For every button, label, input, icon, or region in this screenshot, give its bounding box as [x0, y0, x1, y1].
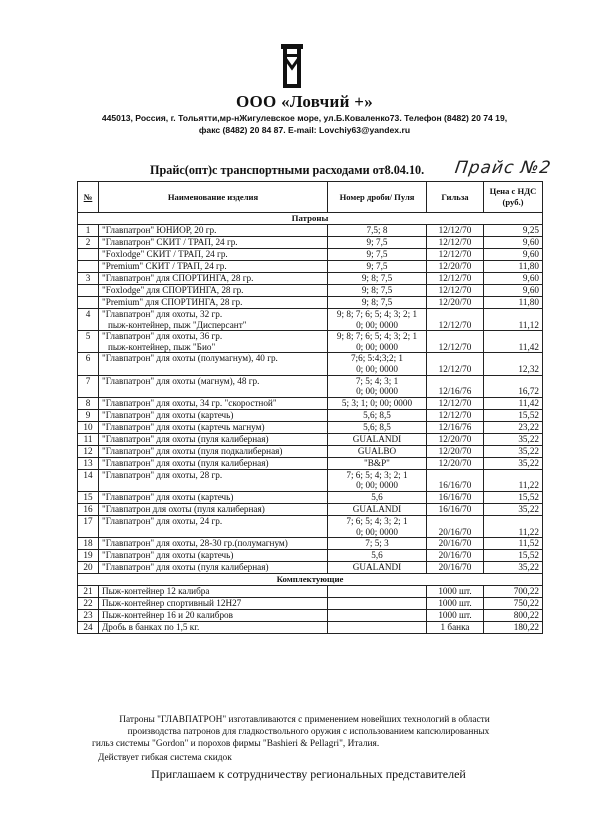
- price-value: 11,42: [484, 331, 543, 353]
- product-name: Дробь в банках по 1,5 кг.: [99, 622, 328, 634]
- product-name-line: "Главпатрон" СКИТ / ТРАП, 24 гр.: [102, 237, 238, 247]
- gilza-value: 12/12/70: [427, 397, 484, 409]
- product-name-line: "Главпатрон" для СПОРТИНГА, 28 гр.: [102, 273, 253, 283]
- product-name-line: "Главпатрон" ЮНИОР, 20 гр.: [102, 225, 216, 235]
- product-name: "Foxlodge" для СПОРТИНГА, 28 гр.: [99, 285, 328, 297]
- shot-number: 9; 7,5: [328, 237, 427, 249]
- table-row: 2"Главпатрон" СКИТ / ТРАП, 24 гр.9; 7,51…: [78, 237, 543, 249]
- product-name-line: "Главпатрон" для охоты (картечь): [102, 550, 233, 560]
- shot-number: 9; 8; 7,5: [328, 297, 427, 309]
- price-value: 15,52: [484, 409, 543, 421]
- shot-number-line: 9; 7,5: [331, 237, 423, 248]
- gilza-value: 12/20/70: [427, 261, 484, 273]
- product-name: "Главпатрон" для охоты (магнум), 48 гр.: [99, 375, 328, 397]
- row-number: 9: [78, 409, 99, 421]
- discount-note: Действует гибкая система скидок: [98, 753, 232, 763]
- table-row: 11"Главпатрон" для охоты (пуля калиберна…: [78, 433, 543, 445]
- product-name-line: пыж-контейнер, пыж "Дисперсант": [102, 320, 324, 331]
- shot-number: 5,6; 8,5: [328, 421, 427, 433]
- product-name-line: "Главпатрон" для охоты (пуля калиберная): [102, 562, 269, 572]
- price-value: 35,22: [484, 562, 543, 574]
- gilza-value: 20/16/70: [427, 538, 484, 550]
- price-value: 16,72: [484, 375, 543, 397]
- price-value: 35,22: [484, 445, 543, 457]
- product-name-line: "Главпатрон" для охоты (полумагнум), 40 …: [102, 353, 278, 363]
- gilza-value: 1000 шт.: [427, 586, 484, 598]
- shot-number-line: 9; 8; 7; 6; 5; 4; 3; 2; 1: [331, 309, 423, 320]
- shot-number: 7; 5; 3: [328, 538, 427, 550]
- product-name: "Главпатрон" для охоты (полумагнум), 40 …: [99, 353, 328, 375]
- shot-number: "B&P": [328, 457, 427, 469]
- row-number: 16: [78, 503, 99, 515]
- price-value: 700,22: [484, 586, 543, 598]
- price-value: 11,42: [484, 397, 543, 409]
- product-name: "Главпатрон" для охоты (пуля калиберная): [99, 562, 328, 574]
- product-name: "Главпатрон" ЮНИОР, 20 гр.: [99, 225, 328, 237]
- product-name: "Premium" СКИТ / ТРАП, 24 гр.: [99, 261, 328, 273]
- table-row: 1"Главпатрон" ЮНИОР, 20 гр.7,5; 812/12/7…: [78, 225, 543, 237]
- shot-number: 9; 7,5: [328, 249, 427, 261]
- price-value: 15,52: [484, 491, 543, 503]
- row-number: 2: [78, 237, 99, 249]
- table-row: 22Пыж-контейнер спортивный 12Н271000 шт.…: [78, 598, 543, 610]
- row-number: 22: [78, 598, 99, 610]
- shot-number-line: 7; 5; 4; 3; 1: [331, 376, 423, 387]
- row-number: 19: [78, 550, 99, 562]
- product-name-line: "Главпатрон" для охоты (пуля подкалиберн…: [102, 446, 282, 456]
- product-name-line: Пыж-контейнер 16 и 20 калибров: [102, 610, 233, 620]
- shot-number: GUALANDI: [328, 562, 427, 574]
- gilza-value: 12/12/70: [427, 237, 484, 249]
- table-row: 21Пыж-контейнер 12 калибра1000 шт.700,22: [78, 586, 543, 598]
- price-value: 35,22: [484, 457, 543, 469]
- shot-number-line: 9; 8; 7; 6; 5; 4; 3; 2; 1: [331, 331, 423, 342]
- price-value: 9,60: [484, 285, 543, 297]
- shot-number-line: 5,6: [331, 550, 423, 561]
- column-header-number: №: [78, 182, 99, 213]
- row-number: [78, 261, 99, 273]
- company-logo-icon: [279, 44, 305, 88]
- table-row: 12"Главпатрон" для охоты (пуля подкалибе…: [78, 445, 543, 457]
- product-name: "Главпатрон" для охоты (картечь магнум): [99, 421, 328, 433]
- gilza-value: 12/12/70: [427, 273, 484, 285]
- product-name-line: "Foxlodge" для СПОРТИНГА, 28 гр.: [102, 285, 243, 295]
- shot-number-line: 0; 00; 0000: [331, 480, 423, 491]
- shot-number-line: 7; 5; 3: [331, 538, 423, 549]
- price-value: 180,22: [484, 622, 543, 634]
- row-number: 20: [78, 562, 99, 574]
- product-name-line: пыж-контейнер, пыж "Био": [102, 342, 324, 353]
- shot-number: 9; 7,5: [328, 261, 427, 273]
- row-number: 23: [78, 610, 99, 622]
- product-name: "Главпатрон" для охоты (пуля подкалиберн…: [99, 445, 328, 457]
- product-name-line: "Foxlodge" СКИТ / ТРАП, 24 гр.: [102, 249, 228, 259]
- product-name-line: "Главпатрон" для охоты, 24 гр.: [102, 516, 222, 526]
- product-name-line: "Главпатрон для охоты (пуля калиберная): [102, 504, 265, 514]
- price-value: 23,22: [484, 421, 543, 433]
- shot-number: GUALBO: [328, 445, 427, 457]
- table-row: 5"Главпатрон" для охоты, 36 гр.пыж-конте…: [78, 331, 543, 353]
- shot-number: 5,6: [328, 550, 427, 562]
- product-name-line: "Главпатрон" для охоты, 28-30 гр.(полума…: [102, 538, 288, 548]
- price-value: 11,22: [484, 515, 543, 537]
- row-number: 21: [78, 586, 99, 598]
- shot-number: 5,6: [328, 491, 427, 503]
- price-value: 15,52: [484, 550, 543, 562]
- product-name-line: "Главпатрон" для охоты (пуля калиберная): [102, 434, 269, 444]
- row-number: 13: [78, 457, 99, 469]
- table-row: 23Пыж-контейнер 16 и 20 калибров1000 шт.…: [78, 610, 543, 622]
- row-number: 3: [78, 273, 99, 285]
- product-name: "Главпатрон для охоты (пуля калиберная): [99, 503, 328, 515]
- gilza-value: 12/12/70: [427, 285, 484, 297]
- product-name: Пыж-контейнер 16 и 20 калибров: [99, 610, 328, 622]
- product-name: "Главпатрон" для охоты (картечь): [99, 409, 328, 421]
- table-row: 4"Главпатрон" для охоты, 32 гр.пыж-конте…: [78, 309, 543, 331]
- note-line: производства патронов для гладкоствольно…: [4, 727, 609, 737]
- row-number: 7: [78, 375, 99, 397]
- product-name: Пыж-контейнер спортивный 12Н27: [99, 598, 328, 610]
- section-title: Комплектующие: [78, 574, 543, 586]
- shot-number-line: GUALANDI: [331, 562, 423, 573]
- gilza-value: 20/16/70: [427, 550, 484, 562]
- gilza-value: 16/16/70: [427, 491, 484, 503]
- shot-number-line: 0; 00; 0000: [331, 342, 423, 353]
- product-name-line: "Главпатрон" для охоты, 32 гр.: [102, 309, 324, 320]
- table-row: 7"Главпатрон" для охоты (магнум), 48 гр.…: [78, 375, 543, 397]
- product-name-line: "Premium" СКИТ / ТРАП, 24 гр.: [102, 261, 227, 271]
- row-number: 17: [78, 515, 99, 537]
- product-name-line: "Главпатрон" для охоты, 36 гр.: [102, 331, 324, 342]
- shot-number: 7,5; 8: [328, 225, 427, 237]
- shot-number: 9; 8; 7,5: [328, 285, 427, 297]
- shot-number-line: "B&P": [331, 458, 423, 469]
- row-number: [78, 297, 99, 309]
- shot-number: [328, 610, 427, 622]
- table-row: 16"Главпатрон для охоты (пуля калиберная…: [78, 503, 543, 515]
- product-name-line: "Premium" для СПОРТИНГА, 28 гр.: [102, 297, 242, 307]
- shot-number-line: GUALANDI: [331, 434, 423, 445]
- table-row: "Premium" СКИТ / ТРАП, 24 гр.9; 7,512/20…: [78, 261, 543, 273]
- row-number: 14: [78, 469, 99, 491]
- gilza-value: 12/12/70: [427, 353, 484, 375]
- row-number: 6: [78, 353, 99, 375]
- column-header-price: Цена с НДС (руб.): [484, 182, 543, 213]
- product-name: "Главпатрон" для охоты, 24 гр.: [99, 515, 328, 537]
- gilza-value: 16/16/70: [427, 469, 484, 491]
- price-value: 11,52: [484, 538, 543, 550]
- gilza-value: 12/12/70: [427, 409, 484, 421]
- shot-number: GUALANDI: [328, 503, 427, 515]
- shot-number-line: 7,5; 8: [331, 225, 423, 236]
- row-number: 8: [78, 397, 99, 409]
- table-row: 15"Главпатрон" для охоты (картечь)5,616/…: [78, 491, 543, 503]
- price-value: 35,22: [484, 433, 543, 445]
- product-name-line: Дробь в банках по 1,5 кг.: [102, 622, 199, 632]
- section-header-row: Комплектующие: [78, 574, 543, 586]
- price-value: 11,80: [484, 297, 543, 309]
- product-name: "Главпатрон" для охоты (пуля калиберная): [99, 457, 328, 469]
- row-number: [78, 285, 99, 297]
- shot-number: 9; 8; 7,5: [328, 273, 427, 285]
- price-value: 9,60: [484, 237, 543, 249]
- shot-number-line: 7;6; 5:4;3;2; 1: [331, 353, 423, 364]
- row-number: 5: [78, 331, 99, 353]
- price-value: 800,22: [484, 610, 543, 622]
- product-name: "Главпатрон" для охоты, 28-30 гр.(полума…: [99, 538, 328, 550]
- price-list-title: Прайс(опт)с транспортными расходами от8.…: [150, 163, 424, 178]
- shot-number-line: 0; 00; 0000: [331, 386, 423, 397]
- product-name-line: "Главпатрон" для охоты (картечь): [102, 492, 233, 502]
- shot-number: 9; 8; 7; 6; 5; 4; 3; 2; 10; 00; 0000: [328, 309, 427, 331]
- shot-number: 9; 8; 7; 6; 5; 4; 3; 2; 10; 00; 0000: [328, 331, 427, 353]
- column-header-shot: Номер дроби/ Пуля: [328, 182, 427, 213]
- shot-number: 7; 5; 4; 3; 10; 00; 0000: [328, 375, 427, 397]
- product-name-line: "Главпатрон" для охоты (картечь магнум): [102, 422, 265, 432]
- shot-number-line: GUALBO: [331, 446, 423, 457]
- shot-number-line: 0; 00; 0000: [331, 527, 423, 538]
- table-row: 24Дробь в банках по 1,5 кг.1 банка180,22: [78, 622, 543, 634]
- table-row: 10"Главпатрон" для охоты (картечь магнум…: [78, 421, 543, 433]
- shot-number-line: 5,6; 8,5: [331, 422, 423, 433]
- table-row: "Foxlodge" для СПОРТИНГА, 28 гр.9; 8; 7,…: [78, 285, 543, 297]
- shot-number: 5,6; 8,5: [328, 409, 427, 421]
- table-row: 17"Главпатрон" для охоты, 24 гр.7; 6; 5;…: [78, 515, 543, 537]
- table-row: 3"Главпатрон" для СПОРТИНГА, 28 гр.9; 8;…: [78, 273, 543, 285]
- company-name: ООО «Ловчий +»: [0, 92, 609, 112]
- shot-number-line: 9; 7,5: [331, 261, 423, 272]
- row-number: 10: [78, 421, 99, 433]
- product-name: "Premium" для СПОРТИНГА, 28 гр.: [99, 297, 328, 309]
- column-header-gilza: Гильза: [427, 182, 484, 213]
- shot-number: 7; 6; 5; 4; 3; 2; 10; 00; 0000: [328, 515, 427, 537]
- product-name-line: "Главпатрон" для охоты (картечь): [102, 410, 233, 420]
- shot-number-line: 5,6: [331, 492, 423, 503]
- gilza-value: 1 банка: [427, 622, 484, 634]
- shot-number-line: 0; 00; 0000: [331, 320, 423, 331]
- gilza-value: 12/12/70: [427, 225, 484, 237]
- row-number: [78, 249, 99, 261]
- table-row: 9"Главпатрон" для охоты (картечь)5,6; 8,…: [78, 409, 543, 421]
- table-row: 18"Главпатрон" для охоты, 28-30 гр.(полу…: [78, 538, 543, 550]
- note-line: гильз системы "Gordon" и порохов фирмы "…: [92, 739, 379, 749]
- product-name: "Главпатрон" для охоты (пуля калиберная): [99, 433, 328, 445]
- shot-number-line: 5,6; 8,5: [331, 410, 423, 421]
- table-row: "Foxlodge" СКИТ / ТРАП, 24 гр.9; 7,512/1…: [78, 249, 543, 261]
- company-contacts: факс (8482) 20 84 87. E-mail: Lovchiy63@…: [0, 125, 609, 135]
- table-row: 14"Главпатрон" для охоты, 28 гр.7; 6; 5;…: [78, 469, 543, 491]
- product-name: "Главпатрон" для охоты (картечь): [99, 491, 328, 503]
- table-row: 20"Главпатрон" для охоты (пуля калиберна…: [78, 562, 543, 574]
- gilza-value: 12/20/70: [427, 457, 484, 469]
- price-value: 11,12: [484, 309, 543, 331]
- row-number: 18: [78, 538, 99, 550]
- row-number: 4: [78, 309, 99, 331]
- company-address: 445013, Россия, г. Тольятти,мр-нЖигулевс…: [0, 113, 609, 123]
- price-value: 9,25: [484, 225, 543, 237]
- product-name-line: "Главпатрон" для охоты, 34 гр. "скоростн…: [102, 398, 277, 408]
- gilza-value: 12/20/70: [427, 433, 484, 445]
- gilza-value: 20/16/70: [427, 562, 484, 574]
- gilza-value: 1000 шт.: [427, 610, 484, 622]
- gilza-value: 12/20/70: [427, 297, 484, 309]
- product-name-line: "Главпатрон" для охоты, 28 гр.: [102, 470, 222, 480]
- row-number: 1: [78, 225, 99, 237]
- table-header-row: № Наименование изделия Номер дроби/ Пуля…: [78, 182, 543, 213]
- shot-number: [328, 586, 427, 598]
- gilza-value: 12/12/70: [427, 331, 484, 353]
- gilza-value: 16/16/70: [427, 503, 484, 515]
- price-value: 750,22: [484, 598, 543, 610]
- gilza-value: 20/16/70: [427, 515, 484, 537]
- handwritten-note: Прайс №2: [454, 158, 553, 178]
- price-value: 11,22: [484, 469, 543, 491]
- table-row: 6"Главпатрон" для охоты (полумагнум), 40…: [78, 353, 543, 375]
- gilza-value: 12/12/70: [427, 309, 484, 331]
- price-value: 9,60: [484, 249, 543, 261]
- row-number: 24: [78, 622, 99, 634]
- product-name: "Главпатрон" для охоты (картечь): [99, 550, 328, 562]
- shot-number-line: 7; 6; 5; 4; 3; 2; 1: [331, 470, 423, 481]
- price-table: № Наименование изделия Номер дроби/ Пуля…: [77, 181, 543, 634]
- product-name: "Главпатрон" СКИТ / ТРАП, 24 гр.: [99, 237, 328, 249]
- row-number: 12: [78, 445, 99, 457]
- section-title: Патроны: [78, 213, 543, 225]
- table-body: Патроны1"Главпатрон" ЮНИОР, 20 гр.7,5; 8…: [78, 213, 543, 634]
- shot-number-line: 9; 8; 7,5: [331, 297, 423, 308]
- shot-number-line: 9; 8; 7,5: [331, 273, 423, 284]
- table-row: "Premium" для СПОРТИНГА, 28 гр.9; 8; 7,5…: [78, 297, 543, 309]
- shot-number-line: 5; 3; 1; 0; 00; 0000: [331, 398, 423, 409]
- product-name: "Главпатрон" для СПОРТИНГА, 28 гр.: [99, 273, 328, 285]
- row-number: 15: [78, 491, 99, 503]
- shot-number: [328, 598, 427, 610]
- product-name: "Главпатрон" для охоты, 36 гр.пыж-контей…: [99, 331, 328, 353]
- shot-number-line: 7; 6; 5; 4; 3; 2; 1: [331, 516, 423, 527]
- table-row: 13"Главпатрон" для охоты (пуля калиберна…: [78, 457, 543, 469]
- shot-number-line: GUALANDI: [331, 504, 423, 515]
- shot-number: 5; 3; 1; 0; 00; 0000: [328, 397, 427, 409]
- shot-number: 7;6; 5:4;3;2; 10; 00; 0000: [328, 353, 427, 375]
- table-row: 8"Главпатрон" для охоты, 34 гр. "скорост…: [78, 397, 543, 409]
- product-name: Пыж-контейнер 12 калибра: [99, 586, 328, 598]
- product-name-line: "Главпатрон" для охоты (пуля калиберная): [102, 458, 269, 468]
- product-name-line: "Главпатрон" для охоты (магнум), 48 гр.: [102, 376, 259, 386]
- note-line: Патроны "ГЛАВПАТРОН" изготавливаются с п…: [0, 715, 609, 725]
- product-name-line: Пыж-контейнер спортивный 12Н27: [102, 598, 241, 608]
- table-row: 19"Главпатрон" для охоты (картечь)5,620/…: [78, 550, 543, 562]
- price-value: 11,80: [484, 261, 543, 273]
- shot-number: [328, 622, 427, 634]
- column-header-name: Наименование изделия: [99, 182, 328, 213]
- price-value: 9,60: [484, 273, 543, 285]
- price-value: 35,22: [484, 503, 543, 515]
- invitation-note: Приглашаем к сотрудничеству региональных…: [4, 767, 609, 782]
- gilza-value: 1000 шт.: [427, 598, 484, 610]
- product-name: "Foxlodge" СКИТ / ТРАП, 24 гр.: [99, 249, 328, 261]
- shot-number: 7; 6; 5; 4; 3; 2; 10; 00; 0000: [328, 469, 427, 491]
- gilza-value: 12/16/76: [427, 421, 484, 433]
- shot-number-line: 9; 8; 7,5: [331, 285, 423, 296]
- shot-number: GUALANDI: [328, 433, 427, 445]
- product-name: "Главпатрон" для охоты, 32 гр.пыж-контей…: [99, 309, 328, 331]
- gilza-value: 12/16/76: [427, 375, 484, 397]
- row-number: 11: [78, 433, 99, 445]
- product-name: "Главпатрон" для охоты, 34 гр. "скоростн…: [99, 397, 328, 409]
- gilza-value: 12/12/70: [427, 249, 484, 261]
- product-name: "Главпатрон" для охоты, 28 гр.: [99, 469, 328, 491]
- shot-number-line: 9; 7,5: [331, 249, 423, 260]
- product-name-line: Пыж-контейнер 12 калибра: [102, 586, 209, 596]
- gilza-value: 12/20/70: [427, 445, 484, 457]
- section-header-row: Патроны: [78, 213, 543, 225]
- shot-number-line: 0; 00; 0000: [331, 364, 423, 375]
- price-value: 12,32: [484, 353, 543, 375]
